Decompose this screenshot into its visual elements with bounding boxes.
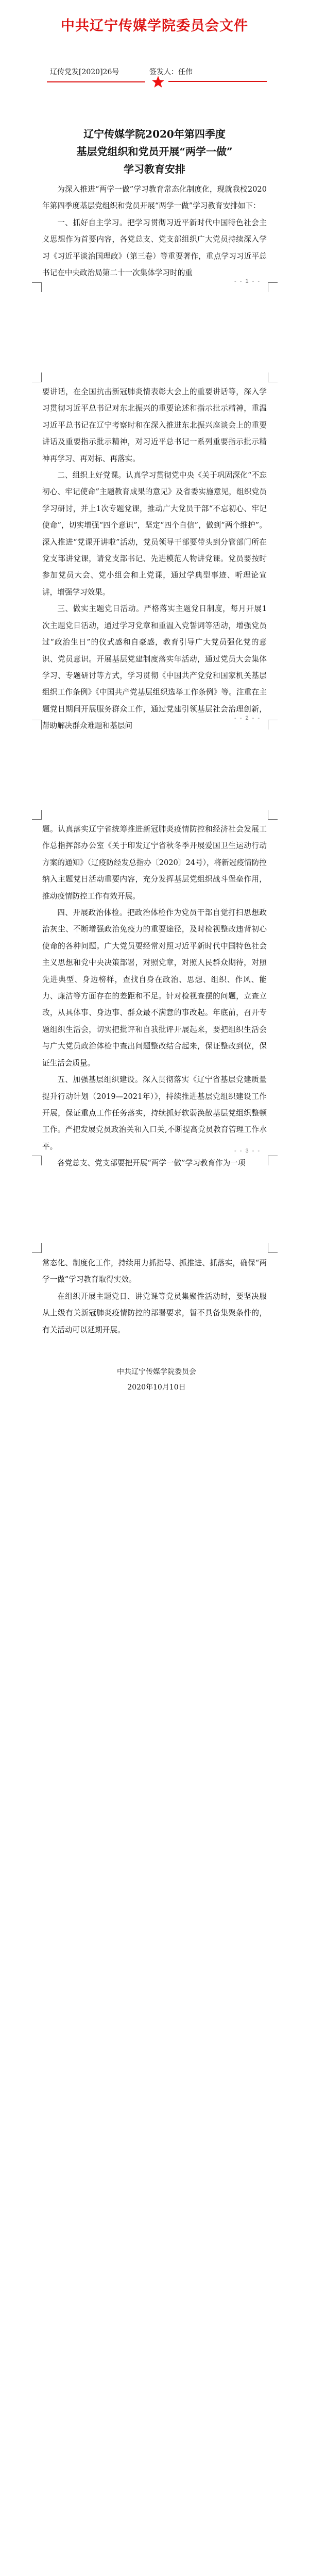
page-corner-mark: [268, 810, 278, 820]
document-title-line-2: 基层党组织和党员开展“两学一做”: [0, 143, 309, 158]
page-corner-mark: [32, 372, 42, 382]
page-number-2: - - 2 - -: [234, 715, 261, 721]
page-corner-mark: [32, 720, 42, 730]
page-corner-mark: [268, 372, 278, 382]
document-number: 辽传党发[2020]26号: [50, 66, 119, 77]
red-star-icon: [151, 75, 165, 89]
page-corner-mark: [268, 282, 278, 292]
page-1-body: 为深入推进“两学一做”学习教育常态化制度化，现就我校2020年第四季度基层党组织…: [42, 181, 267, 281]
closing-paragraph: 各党总支、党支部要把开展“两学一做”学习教育作为一项: [42, 1155, 267, 1172]
red-divider-right: [168, 81, 267, 82]
page-number-1: - - 1 - -: [234, 278, 261, 284]
page-4-body: 常态化、制度化工作，持续用力抓指导、抓推进、抓落实，确保“两学一做”学习教育取得…: [42, 1255, 267, 1338]
page-number-3: - - 3 - -: [234, 1148, 261, 1154]
page-corner-mark: [268, 1156, 278, 1165]
intro-paragraph: 为深入推进“两学一做”学习教育常态化制度化，现就我校2020年第四季度基层党组织…: [42, 181, 267, 215]
page-2-body: 要讲话，在全国抗击新冠肺炎情表彰大会上的重要讲话等，深入学习贯彻习近平总书记对东…: [42, 384, 267, 735]
page-corner-mark: [32, 810, 42, 820]
page-corner-mark: [268, 720, 278, 730]
page-corner-mark: [268, 1243, 278, 1253]
document-org-title: 中共辽宁传媒学院委员会文件: [0, 14, 309, 35]
closing-continued: 常态化、制度化工作，持续用力抓指导、抓推进、抓落实，确保“两学一做”学习教育取得…: [42, 1255, 267, 1289]
section-1-continued: 要讲话，在全国抗击新冠肺炎情表彰大会上的重要讲话等，深入学习贯彻习近平总书记对东…: [42, 384, 267, 467]
section-2-paragraph: 二、组织上好党课。认真学习贯彻党中央《关于巩固深化“不忘初心、牢记使命”主题教育…: [42, 467, 267, 601]
page-corner-mark: [32, 1243, 42, 1253]
section-4-paragraph: 四、开展政治体检。把政治体检作为党员干部自觉打扫思想政治灰尘、不断增强政治免疫力…: [42, 905, 267, 1072]
signature-org: 中共辽宁传媒学院委员会: [2, 1364, 309, 1380]
section-3-continued: 题。认真落实辽宁省统筹推进新冠肺炎疫情防控和经济社会发展工作总指挥部办公室《关于…: [42, 821, 267, 905]
signature-block: 中共辽宁传媒学院委员会 2020年10月10日: [2, 1364, 309, 1395]
page-corner-mark: [32, 282, 42, 292]
red-divider-left: [47, 81, 145, 82]
page-corner-mark: [32, 1156, 42, 1165]
section-1-paragraph: 一、抓好自主学习。把学习贯彻习近平新时代中国特色社会主义思想作为首要内容，各党总…: [42, 215, 267, 282]
document-title-line-1: 辽宁传媒学院2020年第四季度: [0, 126, 309, 141]
section-5-paragraph: 五、加强基层组织建设。深入贯彻落实《辽宁省基层党建质量提升行动计划（2019—2…: [42, 1072, 267, 1155]
document-title-line-3: 学习教育安排: [0, 161, 309, 176]
signer-name: 任伟: [178, 68, 193, 76]
covid-notice-paragraph: 在组织开展主题党日、讲党课等党员集聚性活动时，要坚决服从上级有关新冠肺炎疫情防控…: [42, 1289, 267, 1338]
section-3-paragraph: 三、做实主题党日活动。严格落实主题党日制度，每月开展1 次主题党日活动，通过学习…: [42, 601, 267, 734]
signature-date: 2020年10月10日: [2, 1380, 309, 1395]
page-3-body: 题。认真落实辽宁省统筹推进新冠肺炎疫情防控和经济社会发展工作总指挥部办公室《关于…: [42, 821, 267, 1172]
